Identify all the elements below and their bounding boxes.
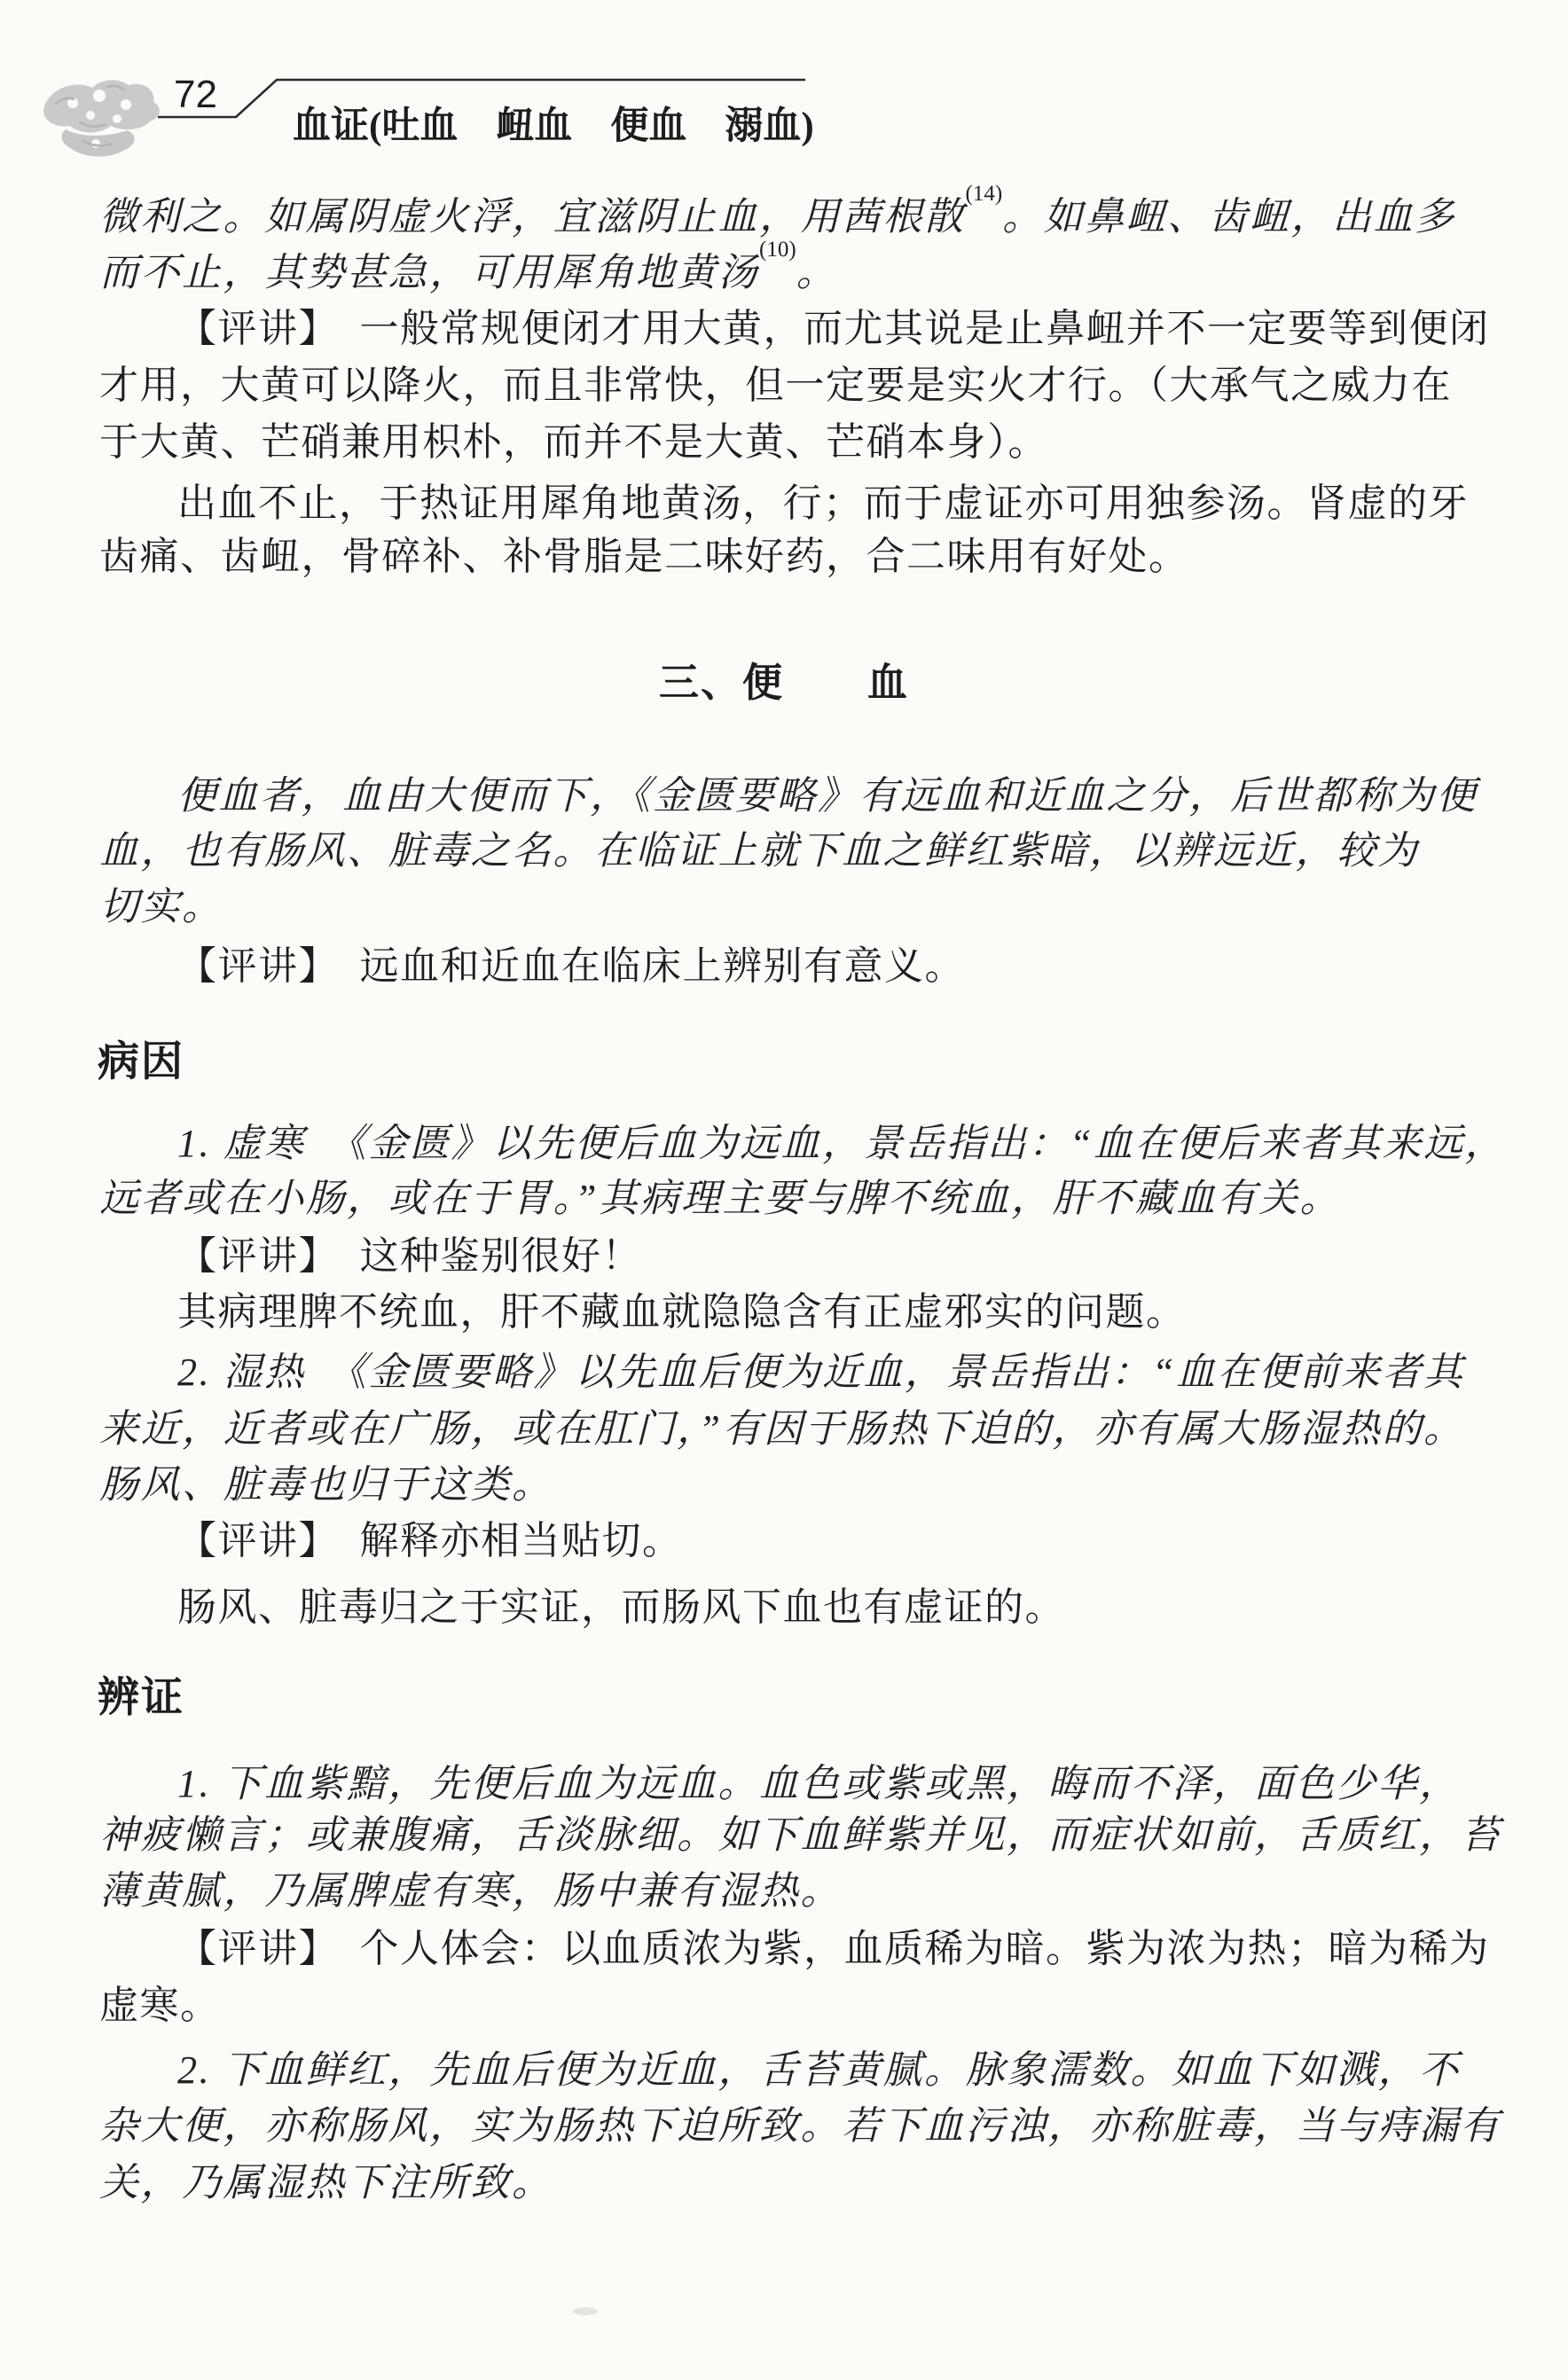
- text-run: 而不止，其势甚急，可用犀角地黄汤: [99, 251, 759, 294]
- text-line: 关，乃属湿热下注所致。: [99, 2161, 553, 2206]
- text-line: 杂大便，亦称肠风，实为肠热下迫所致。若下血污浊，亦称脏毒，当与痔漏有: [99, 2104, 1501, 2149]
- text-line: 薄黄腻，乃属脾虚有寒，肠中兼有湿热。: [99, 1869, 842, 1914]
- etiology-heading: 病因: [98, 1029, 184, 1088]
- text-line: 远者或在小肠，或在于胃。”其病理主要与脾不统血，肝不藏血有关。: [99, 1177, 1341, 1222]
- section-heading: 三、便 血: [0, 650, 1568, 708]
- chapter-title: 血证(吐血 衄血 便血 溺血): [293, 96, 814, 150]
- page-number: 72: [174, 73, 217, 117]
- text-line: 【评讲】 这种鉴别很好！: [177, 1234, 642, 1280]
- text-line: 其病理脾不统血，肝不藏血就隐隐含有正虚邪实的问题。: [177, 1290, 1187, 1335]
- text-line: 血，也有肠风、脏毒之名。在临证上就下血之鲜红紫暗，以辨远近，较为: [99, 829, 1419, 874]
- text-line: 肠风、脏毒也归于这类。: [99, 1463, 553, 1508]
- text-line: 【评讲】 解释亦相当贴切。: [177, 1519, 683, 1564]
- text-line: 【评讲】 远血和近血在临床上辨别有意义。: [177, 944, 965, 990]
- scan-smudge: [573, 2307, 598, 2315]
- text-line: 1. 下血紫黯，先便后血为远血。血色或紫或黑，晦而不泽，面色少华，: [177, 1762, 1461, 1807]
- text-line: 微利之。如属阴虚火浮，宜滋阴止血，用茜根散(14)。如鼻衄、齿衄，出血多: [99, 195, 1456, 240]
- text-line: 1. 虚寒 《金匮》以先便后血为远血，景岳指出：“血在便后来者其来远，: [177, 1122, 1506, 1167]
- text-run: 。: [796, 251, 838, 294]
- footnote-ref: (10): [759, 238, 796, 262]
- book-page: 72 血证(吐血 衄血 便血 溺血) 微利之。如属阴虚火浮，宜滋阴止血，用茜根散…: [0, 0, 1568, 2380]
- text-line: 2. 湿热 《金匮要略》以先血后便为近血，景岳指出：“血在便前来者其: [177, 1350, 1464, 1396]
- text-line: 2. 下血鲜红，先血后便为近血，舌苔黄腻。脉象濡数。如血下如溅，不: [177, 2048, 1461, 2094]
- differentiation-heading: 辨证: [98, 1664, 184, 1724]
- text-run: 。如鼻衄、齿衄，出血多: [1002, 195, 1456, 239]
- text-line: 【评讲】 个人体会：以血质浓为紫，血质稀为暗。紫为浓为热；暗为稀为: [177, 1927, 1490, 1972]
- text-line: 于大黄、芒硝兼用枳朴，而并不是大黄、芒硝本身）。: [99, 420, 1048, 466]
- text-line: 齿痛、齿衄，骨碎补、补骨脂是二味好药，合二味用有好处。: [99, 535, 1189, 580]
- text-line: 来近，近者或在广肠，或在肛门，”有因于肠热下迫的，亦有属大肠湿热的。: [99, 1407, 1464, 1452]
- text-line: 虚寒。: [99, 1984, 221, 2029]
- text-line: 切实。: [99, 885, 223, 930]
- text-line: 才用，大黄可以降火，而且非常快，但一定要是实火才行。（大承气之威力在: [99, 364, 1452, 409]
- text-run: 微利之。如属阴虚火浮，宜滋阴止血，用茜根散: [99, 195, 966, 239]
- text-line: 【评讲】 一般常规便闭才用大黄，而尤其说是止鼻衄并不一定要等到便闭: [177, 307, 1490, 352]
- text-line: 便血者，血由大便而下，《金匮要略》有远血和近血之分，后世都称为便: [177, 774, 1478, 819]
- text-line: 神疲懒言；或兼腹痛，舌淡脉细。如下血鲜紫并见，而症状如前，舌质红，苔: [99, 1813, 1501, 1859]
- text-line: 出血不止，于热证用犀角地黄汤，行；而于虚证亦可用独参汤。肾虚的牙: [177, 481, 1469, 527]
- text-line: 肠风、脏毒归之于实证，而肠风下血也有虚证的。: [177, 1585, 1065, 1631]
- footnote-ref: (14): [966, 182, 1003, 206]
- text-line: 而不止，其势甚急，可用犀角地黄汤(10)。: [99, 251, 837, 296]
